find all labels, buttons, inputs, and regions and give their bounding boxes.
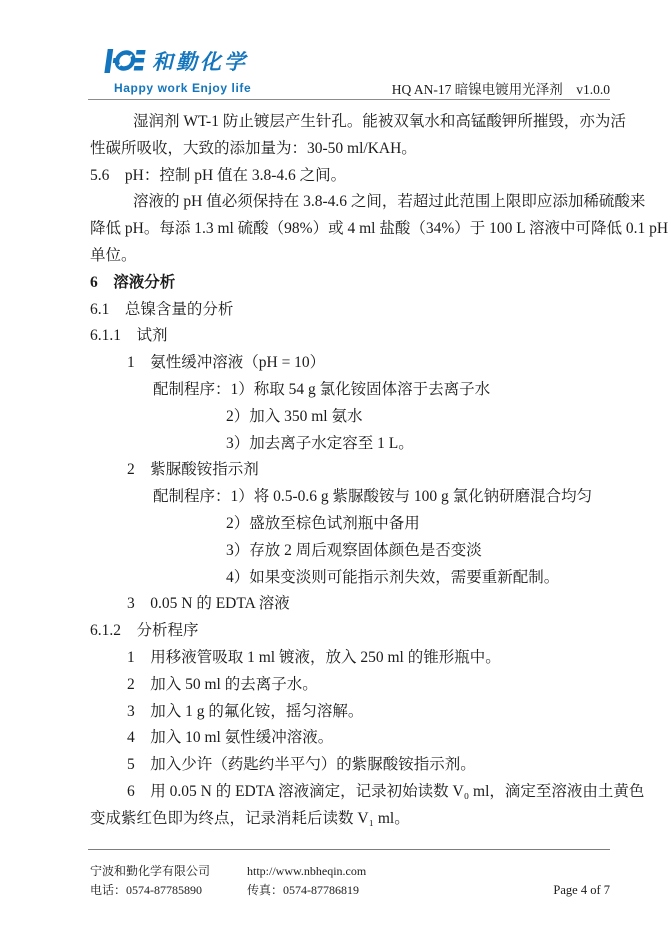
section-heading-6-1: 6.1 总镍含量的分析 [90, 297, 630, 324]
document-page: 和勤化学 Happy work Enjoy life HQ AN-17 暗镍电镀… [0, 0, 671, 950]
doc-line: 溶液的 pH 值必须保持在 3.8-4.6 之间，若超过此范围上限即应添加稀硫酸… [90, 189, 630, 216]
section-heading-5-6: 5.6 pH：控制 pH 值在 3.8-4.6 之间。 [90, 163, 630, 190]
procedure-substep: 3）存放 2 周后观察固体颜色是否变淡 [90, 538, 630, 565]
doc-line: 性碳所吸收，大致的添加量为：30-50 ml/KAH。 [90, 136, 630, 163]
analysis-step: 5 加入少许（药匙约半平勺）的紫脲酸铵指示剂。 [90, 752, 630, 779]
section-heading-6-1-2: 6.1.2 分析程序 [90, 618, 630, 645]
procedure-substep: 2）加入 350 ml 氨水 [90, 404, 630, 431]
logo-company-name: 和勤化学 [152, 46, 248, 76]
procedure-substep: 3）加去离子水定容至 1 L。 [90, 431, 630, 458]
doc-title: HQ AN-17 暗镍电镀用光泽剂 v1.0.0 [392, 78, 610, 98]
footer-divider [88, 849, 610, 850]
footer-website: http://www.nbheqin.com [247, 864, 366, 878]
procedure-step: 配制程序：1）称取 54 g 氯化铵固体溶于去离子水 [90, 377, 630, 404]
analysis-step: 1 用移液管吸取 1 ml 镀液，放入 250 ml 的锥形瓶中。 [90, 645, 630, 672]
logo-tagline: Happy work Enjoy life [114, 81, 251, 95]
analysis-step: 2 加入 50 ml 的去离子水。 [90, 672, 630, 699]
doc-line: 降低 pH。每添 1.3 ml 硫酸（98%）或 4 ml 盐酸（34%）于 1… [90, 216, 630, 243]
company-logo: 和勤化学 Happy work Enjoy life [100, 46, 251, 95]
doc-line: 单位。 [90, 243, 630, 270]
analysis-step: 6 用 0.05 N 的 EDTA 溶液滴定，记录初始读数 V₀ ml，滴定至溶… [90, 779, 630, 806]
procedure-substep: 4）如果变淡则可能指示剂失效，需要重新配制。 [90, 565, 630, 592]
analysis-step: 4 加入 10 ml 氨性缓冲溶液。 [90, 725, 630, 752]
section-heading-6: 6 溶液分析 [90, 270, 630, 297]
doc-line: 变成紫红色即为终点，记录消耗后读数 V₁ ml。 [90, 806, 630, 833]
header-divider [88, 99, 610, 100]
procedure-step: 配制程序：1）将 0.5-0.6 g 紫脲酸铵与 100 g 氯化钠研磨混合均匀 [90, 484, 630, 511]
list-item: 1 氨性缓冲溶液（pH = 10） [90, 350, 630, 377]
section-heading-6-1-1: 6.1.1 试剂 [90, 323, 630, 350]
doc-body: 湿润剂 WT-1 防止镀层产生针孔。能被双氧水和高锰酸钾所摧毁，亦为活 性碳所吸… [90, 109, 630, 833]
analysis-step: 3 加入 1 g 的氟化铵，摇匀溶解。 [90, 699, 630, 726]
list-item: 3 0.05 N 的 EDTA 溶液 [90, 591, 630, 618]
list-item: 2 紫脲酸铵指示剂 [90, 457, 630, 484]
doc-line: 湿润剂 WT-1 防止镀层产生针孔。能被双氧水和高锰酸钾所摧毁，亦为活 [90, 109, 630, 136]
procedure-substep: 2）盛放至棕色试剂瓶中备用 [90, 511, 630, 538]
footer-phone: 电话：0574-87785890 [90, 883, 202, 897]
footer-fax: 传真：0574-87786819 [247, 883, 359, 897]
hq-logo-icon [100, 47, 146, 75]
footer-page-number: Page 4 of 7 [450, 883, 610, 897]
footer-company: 宁波和勤化学有限公司 [90, 864, 210, 878]
